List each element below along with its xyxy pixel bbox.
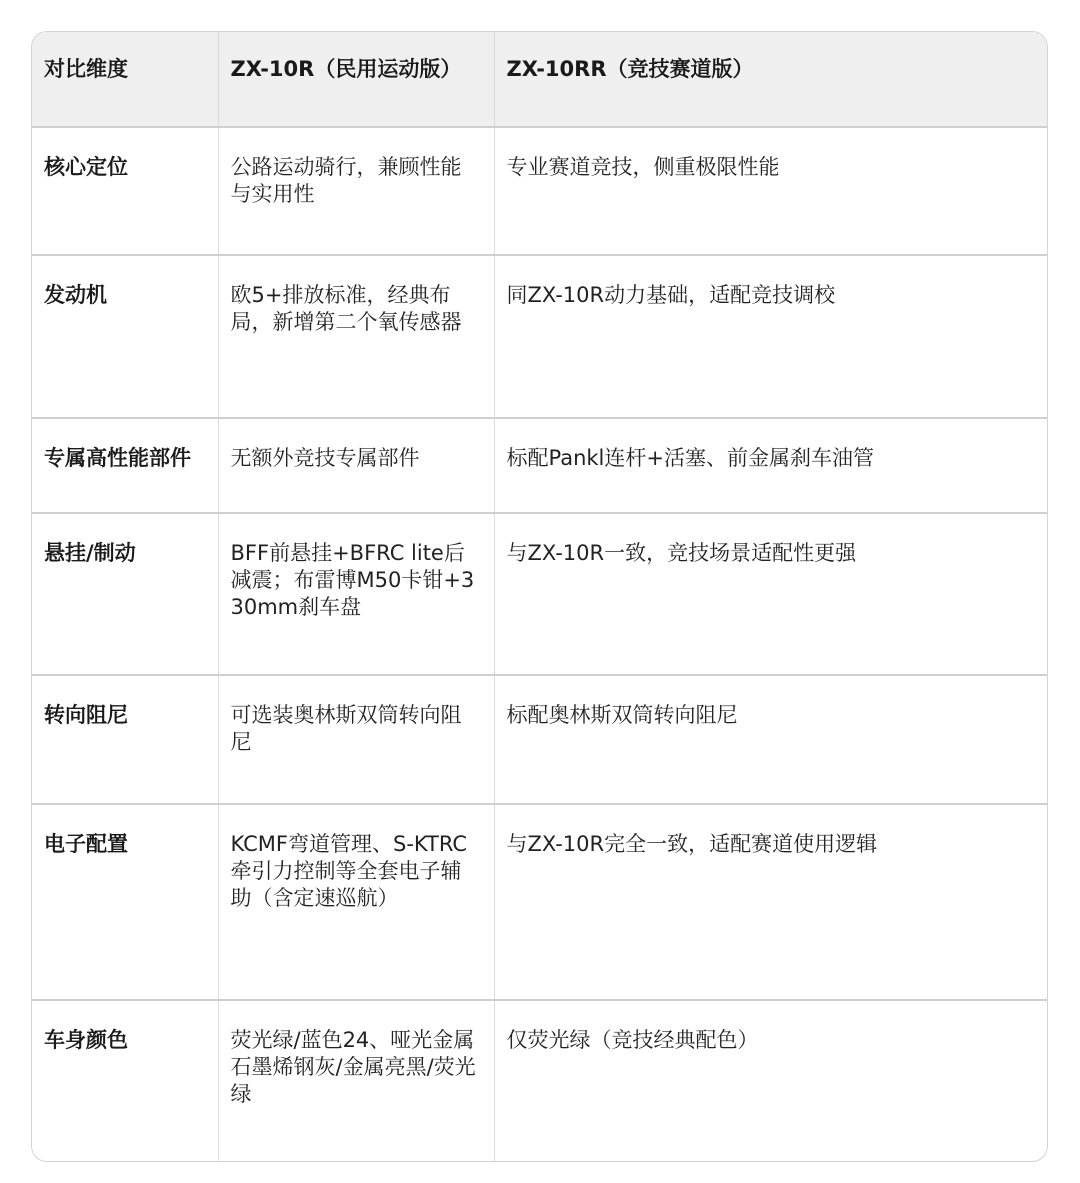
- header-zx10rr: ZX-10RR（竞技赛道版）: [494, 32, 1047, 127]
- table-row: 悬挂/制动 BFF前悬挂+BFRC lite后减震；布雷博M50卡钳+330mm…: [32, 513, 1047, 675]
- table-row: 电子配置 KCMF弯道管理、S-KTRC牵引力控制等全套电子辅助（含定速巡航） …: [32, 804, 1047, 1000]
- row-zx10r-value: 荧光绿/蓝色24、哑光金属石墨烯钢灰/金属亮黑/荧光绿: [218, 1000, 494, 1162]
- table-body: 核心定位 公路运动骑行，兼顾性能与实用性 专业赛道竞技，侧重极限性能 发动机 欧…: [32, 127, 1047, 1162]
- row-zx10r-value: 欧5+排放标准，经典布局，新增第二个氧传感器: [218, 255, 494, 418]
- table-row: 发动机 欧5+排放标准，经典布局，新增第二个氧传感器 同ZX-10R动力基础，适…: [32, 255, 1047, 418]
- row-zx10rr-value: 同ZX-10R动力基础，适配竞技调校: [494, 255, 1047, 418]
- row-dimension: 转向阻尼: [32, 675, 218, 804]
- table-header: 对比维度 ZX-10R（民用运动版） ZX-10RR（竞技赛道版）: [32, 32, 1047, 127]
- row-dimension: 专属高性能部件: [32, 418, 218, 513]
- row-zx10r-value: 无额外竞技专属部件: [218, 418, 494, 513]
- header-row: 对比维度 ZX-10R（民用运动版） ZX-10RR（竞技赛道版）: [32, 32, 1047, 127]
- table-row: 车身颜色 荧光绿/蓝色24、哑光金属石墨烯钢灰/金属亮黑/荧光绿 仅荧光绿（竞技…: [32, 1000, 1047, 1162]
- row-zx10rr-value: 标配奥林斯双筒转向阻尼: [494, 675, 1047, 804]
- row-dimension: 核心定位: [32, 127, 218, 255]
- row-zx10r-value: 可选装奥林斯双筒转向阻尼: [218, 675, 494, 804]
- table-row: 转向阻尼 可选装奥林斯双筒转向阻尼 标配奥林斯双筒转向阻尼: [32, 675, 1047, 804]
- header-zx10r: ZX-10R（民用运动版）: [218, 32, 494, 127]
- row-zx10rr-value: 标配Pankl连杆+活塞、前金属刹车油管: [494, 418, 1047, 513]
- header-dimension: 对比维度: [32, 32, 218, 127]
- row-zx10r-value: KCMF弯道管理、S-KTRC牵引力控制等全套电子辅助（含定速巡航）: [218, 804, 494, 1000]
- row-dimension: 电子配置: [32, 804, 218, 1000]
- row-zx10r-value: 公路运动骑行，兼顾性能与实用性: [218, 127, 494, 255]
- row-zx10rr-value: 专业赛道竞技，侧重极限性能: [494, 127, 1047, 255]
- row-dimension: 发动机: [32, 255, 218, 418]
- comparison-table: 对比维度 ZX-10R（民用运动版） ZX-10RR（竞技赛道版） 核心定位 公…: [32, 32, 1047, 1162]
- row-zx10rr-value: 仅荧光绿（竞技经典配色）: [494, 1000, 1047, 1162]
- row-zx10rr-value: 与ZX-10R一致，竞技场景适配性更强: [494, 513, 1047, 675]
- row-zx10rr-value: 与ZX-10R完全一致，适配赛道使用逻辑: [494, 804, 1047, 1000]
- table-row: 核心定位 公路运动骑行，兼顾性能与实用性 专业赛道竞技，侧重极限性能: [32, 127, 1047, 255]
- row-dimension: 悬挂/制动: [32, 513, 218, 675]
- comparison-table-container: 对比维度 ZX-10R（民用运动版） ZX-10RR（竞技赛道版） 核心定位 公…: [31, 31, 1048, 1162]
- table-row: 专属高性能部件 无额外竞技专属部件 标配Pankl连杆+活塞、前金属刹车油管: [32, 418, 1047, 513]
- row-zx10r-value: BFF前悬挂+BFRC lite后减震；布雷博M50卡钳+330mm刹车盘: [218, 513, 494, 675]
- row-dimension: 车身颜色: [32, 1000, 218, 1162]
